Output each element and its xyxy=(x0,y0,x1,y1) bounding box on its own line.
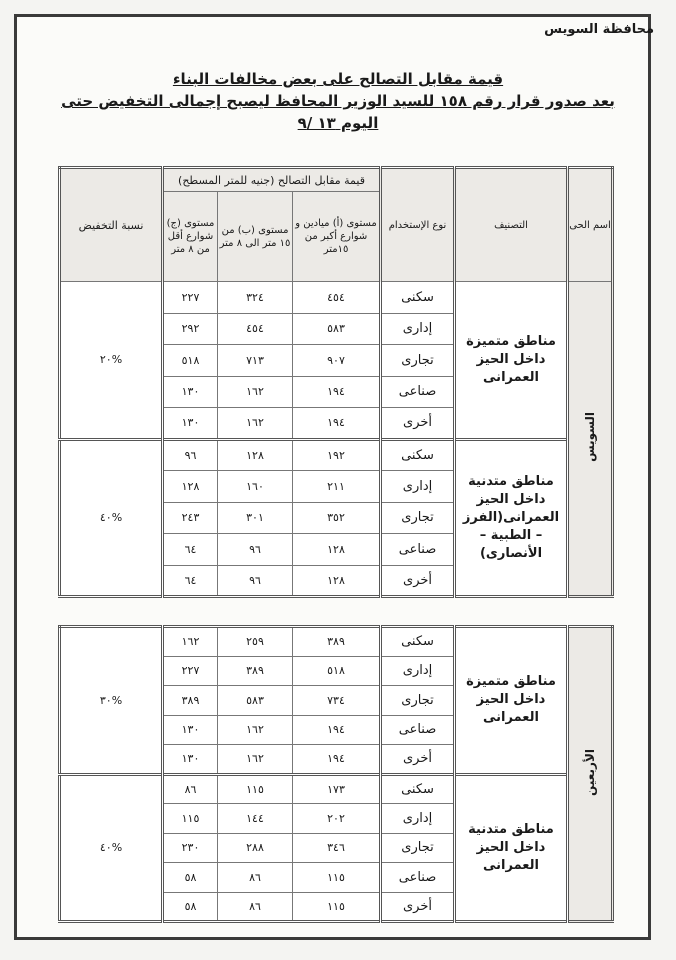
classification-cell: مناطق متدنية داخل الحيز العمرانى xyxy=(455,774,568,922)
level-a-value: ٥١٨ xyxy=(293,656,381,686)
level-c-value: ٥١٨ xyxy=(163,345,218,377)
usage-cell: صناعى xyxy=(381,715,455,745)
level-a-value: ١٩٢ xyxy=(293,439,381,471)
level-b-value: ٨٦ xyxy=(218,892,293,922)
table-row: مناطق متدنية داخل الحيز العمرانى(الفرز –… xyxy=(60,439,613,471)
level-a-value: ٣٥٢ xyxy=(293,502,381,534)
level-c-value: ١٣٠ xyxy=(163,745,218,775)
level-c-value: ٨٦ xyxy=(163,774,218,804)
level-b-value: ١٤٤ xyxy=(218,804,293,834)
level-b-value: ٢٨٨ xyxy=(218,833,293,863)
level-b-value: ١٦٢ xyxy=(218,745,293,775)
reduction-cell: %٢٠ xyxy=(60,282,163,440)
level-c-value: ٢٣٠ xyxy=(163,833,218,863)
usage-cell: إدارى xyxy=(381,656,455,686)
level-c-value: ١٣٠ xyxy=(163,715,218,745)
district-name: الأربعين xyxy=(583,749,597,796)
classification-cell: مناطق متميزة داخل الحيز العمرانى xyxy=(455,282,568,440)
usage-cell: إدارى xyxy=(381,471,455,503)
level-c-value: ٩٦ xyxy=(163,439,218,471)
level-b-value: ٣٠١ xyxy=(218,502,293,534)
col-level-c: مستوى (ج) شوارع أقل من ٨ متر xyxy=(163,192,218,282)
level-b-value: ١٦٢ xyxy=(218,715,293,745)
level-c-value: ٢٢٧ xyxy=(163,656,218,686)
level-c-value: ٢٤٣ xyxy=(163,502,218,534)
level-c-value: ١٣٠ xyxy=(163,408,218,440)
level-a-value: ١٧٣ xyxy=(293,774,381,804)
level-b-value: ٨٦ xyxy=(218,863,293,893)
level-a-value: ٥٨٣ xyxy=(293,313,381,345)
level-a-value: ١٩٤ xyxy=(293,715,381,745)
usage-cell: أخرى xyxy=(381,745,455,775)
usage-cell: تجارى xyxy=(381,833,455,863)
table-row: الأربعينمناطق متميزة داخل الحيز العمرانى… xyxy=(60,627,613,657)
col-classification: التصنيف xyxy=(455,168,568,282)
district-cell: الأربعين xyxy=(568,627,613,922)
title-line-3: اليوم ١٣ /٩ xyxy=(40,112,636,134)
usage-cell: سكنى xyxy=(381,627,455,657)
usage-cell: سكنى xyxy=(381,282,455,314)
level-c-value: ١٦٢ xyxy=(163,627,218,657)
level-b-value: ٧١٣ xyxy=(218,345,293,377)
level-c-value: ١١٥ xyxy=(163,804,218,834)
classification-cell: مناطق متميزة داخل الحيز العمرانى xyxy=(455,627,568,775)
table-arbaeen: الأربعينمناطق متميزة داخل الحيز العمرانى… xyxy=(58,625,614,923)
level-a-value: ٣٨٩ xyxy=(293,627,381,657)
col-district: اسم الحى xyxy=(568,168,613,282)
reduction-cell: %٣٠ xyxy=(60,627,163,775)
level-c-value: ١٢٨ xyxy=(163,471,218,503)
level-b-value: ١٦٢ xyxy=(218,408,293,440)
level-a-value: ٩٠٧ xyxy=(293,345,381,377)
col-value-group: قيمة مقابل التصالح (جنيه للمتر المسطح) xyxy=(163,168,381,192)
usage-cell: أخرى xyxy=(381,408,455,440)
level-b-value: ٢٥٩ xyxy=(218,627,293,657)
reduction-cell: %٤٠ xyxy=(60,774,163,922)
level-a-value: ٢١١ xyxy=(293,471,381,503)
usage-cell: تجارى xyxy=(381,502,455,534)
level-c-value: ٥٨ xyxy=(163,863,218,893)
usage-cell: سكنى xyxy=(381,439,455,471)
col-reduction: نسبة التخفيض xyxy=(60,168,163,282)
level-a-value: ٣٤٦ xyxy=(293,833,381,863)
level-b-value: ١٦٠ xyxy=(218,471,293,503)
usage-cell: صناعى xyxy=(381,376,455,408)
level-b-value: ١٦٢ xyxy=(218,376,293,408)
level-c-value: ٢٩٢ xyxy=(163,313,218,345)
level-c-value: ٦٤ xyxy=(163,534,218,566)
table-row: السويسمناطق متميزة داخل الحيز العمرانىسك… xyxy=(60,282,613,314)
reduction-cell: %٤٠ xyxy=(60,439,163,597)
document-title: قيمة مقابل التصالح على بعض مخالفات البنا… xyxy=(40,68,636,134)
level-a-value: ١٩٤ xyxy=(293,376,381,408)
level-b-value: ١٢٨ xyxy=(218,439,293,471)
level-a-value: ٢٠٢ xyxy=(293,804,381,834)
title-line-1: قيمة مقابل التصالح على بعض مخالفات البنا… xyxy=(40,68,636,90)
level-a-value: ٧٣٤ xyxy=(293,686,381,716)
col-level-b: مستوى (ب) من ١٥ متر الى ٨ متر xyxy=(218,192,293,282)
title-line-2: بعد صدور قرار رقم ١٥٨ للسيد الوزير المحا… xyxy=(40,90,636,112)
level-b-value: ١١٥ xyxy=(218,774,293,804)
level-c-value: ١٣٠ xyxy=(163,376,218,408)
usage-cell: صناعى xyxy=(381,863,455,893)
table-suez: اسم الحى التصنيف نوع الإستخدام قيمة مقاب… xyxy=(58,166,614,598)
usage-cell: أخرى xyxy=(381,892,455,922)
level-a-value: ١٢٨ xyxy=(293,534,381,566)
level-a-value: ١٢٨ xyxy=(293,565,381,597)
level-b-value: ٥٨٣ xyxy=(218,686,293,716)
level-c-value: ٣٨٩ xyxy=(163,686,218,716)
district-name: السويس xyxy=(583,412,597,462)
table-row: مناطق متدنية داخل الحيز العمرانىسكنى١٧٣١… xyxy=(60,774,613,804)
usage-cell: أخرى xyxy=(381,565,455,597)
level-c-value: ٥٨ xyxy=(163,892,218,922)
usage-cell: إدارى xyxy=(381,804,455,834)
level-a-value: ١٩٤ xyxy=(293,408,381,440)
level-b-value: ٩٦ xyxy=(218,534,293,566)
level-c-value: ٢٢٧ xyxy=(163,282,218,314)
classification-cell: مناطق متدنية داخل الحيز العمرانى(الفرز –… xyxy=(455,439,568,597)
usage-cell: صناعى xyxy=(381,534,455,566)
level-b-value: ٤٥٤ xyxy=(218,313,293,345)
level-a-value: ٤٥٤ xyxy=(293,282,381,314)
level-a-value: ١١٥ xyxy=(293,892,381,922)
level-a-value: ١١٥ xyxy=(293,863,381,893)
usage-cell: تجارى xyxy=(381,345,455,377)
col-level-a: مستوى (أ) ميادين و شوارع أكبر من ١٥متر xyxy=(293,192,381,282)
level-b-value: ٩٦ xyxy=(218,565,293,597)
district-cell: السويس xyxy=(568,282,613,597)
level-a-value: ١٩٤ xyxy=(293,745,381,775)
level-c-value: ٦٤ xyxy=(163,565,218,597)
usage-cell: تجارى xyxy=(381,686,455,716)
col-usage: نوع الإستخدام xyxy=(381,168,455,282)
usage-cell: سكنى xyxy=(381,774,455,804)
level-b-value: ٣٢٤ xyxy=(218,282,293,314)
level-b-value: ٣٨٩ xyxy=(218,656,293,686)
governorate-label: محافظة السويس xyxy=(544,22,654,37)
usage-cell: إدارى xyxy=(381,313,455,345)
